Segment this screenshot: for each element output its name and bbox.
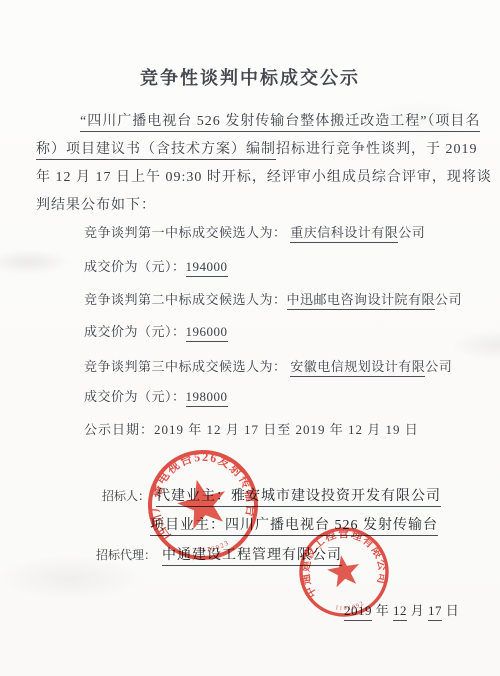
star-icon xyxy=(325,552,362,588)
scanned-announcement-page: 竞争性谈判中标成交公示 “四川广播电视台 526 发射传输台整体搬迁改造工程”（… xyxy=(0,0,500,676)
result-3-price-line: 成交价为（元）：198000 xyxy=(84,387,228,407)
publicity-period-line: 公示日期：2019 年 12 月 17 日至 2019 年 12 月 19 日 xyxy=(84,420,419,440)
result-2-winner: 中迅邮电咨询设计院有限 xyxy=(287,292,436,310)
intro-line-4: 判结果公布如下： xyxy=(36,196,156,216)
result-3-price: 198000 xyxy=(186,389,228,407)
result-1-winner: 重庆信科设计有限 xyxy=(290,225,398,243)
result-3-winner: 安徽电信规划设计有限 xyxy=(290,359,425,377)
result-2-winner-suffix: 公司 xyxy=(435,292,462,307)
result-1-price-line: 成交价为（元）：194000 xyxy=(84,257,228,277)
result-3-price-label: 成交价为（元）： xyxy=(84,389,186,404)
intro-line-2-plain: 招标进行竞争性谈判，于 2019 xyxy=(276,142,478,157)
result-1-winner-line: 竞争谈判第一中标成交候选人为： 重庆信科设计有限公司 xyxy=(84,223,425,243)
result-2-price: 196000 xyxy=(186,324,228,342)
result-1-label: 竞争谈判第一中标成交候选人为： xyxy=(84,225,287,240)
result-2-price-label: 成交价为（元）： xyxy=(84,324,186,339)
intro-line-3: 年 12 月 17 日上午 09:30 时开标，经评审小组成员综合评审，现将谈 xyxy=(36,168,492,188)
result-2-price-line: 成交价为（元）：196000 xyxy=(84,322,228,342)
date-day: 17 xyxy=(428,603,442,621)
result-3-winner-suffix: 公司 xyxy=(425,359,452,374)
intro-line-1: “四川广播电视台 526 发射传输台整体搬迁改造工程”（项目名 xyxy=(36,112,480,132)
intro-line-2: 称）项目建议书（含技术方案）编制招标进行竞争性谈判，于 2019 xyxy=(36,140,478,160)
agent-label: 招标代理： xyxy=(96,548,156,562)
result-3-label: 竞争谈判第三中标成交候选人为： xyxy=(84,359,287,374)
result-1-price-label: 成交价为（元）： xyxy=(84,259,186,274)
result-1-winner-suffix: 公司 xyxy=(398,225,425,240)
agency-seal-stamp: 中通建设工程管理有限公司 1101092 xyxy=(288,516,399,627)
star-icon xyxy=(173,474,232,532)
date-month-unit: 月 xyxy=(407,603,428,618)
page-title: 竞争性谈判中标成交公示 xyxy=(0,64,500,90)
result-1-price: 194000 xyxy=(186,259,228,277)
result-2-label: 竞争谈判第二中标成交候选人为： xyxy=(84,292,287,307)
result-3-winner-line: 竞争谈判第三中标成交候选人为： 安徽电信规划设计有限公司 xyxy=(84,357,452,377)
result-2-winner-line: 竞争谈判第二中标成交候选人为：中迅邮电咨询设计院有限公司 xyxy=(84,290,462,310)
date-day-unit: 日 xyxy=(442,603,459,618)
project-name-underlined: “四川广播电视台 526 发射传输台整体搬迁改造工程”（项目名 xyxy=(80,114,480,132)
project-name-underlined-cont: 称）项目建议书（含技术方案）编制 xyxy=(36,142,276,160)
